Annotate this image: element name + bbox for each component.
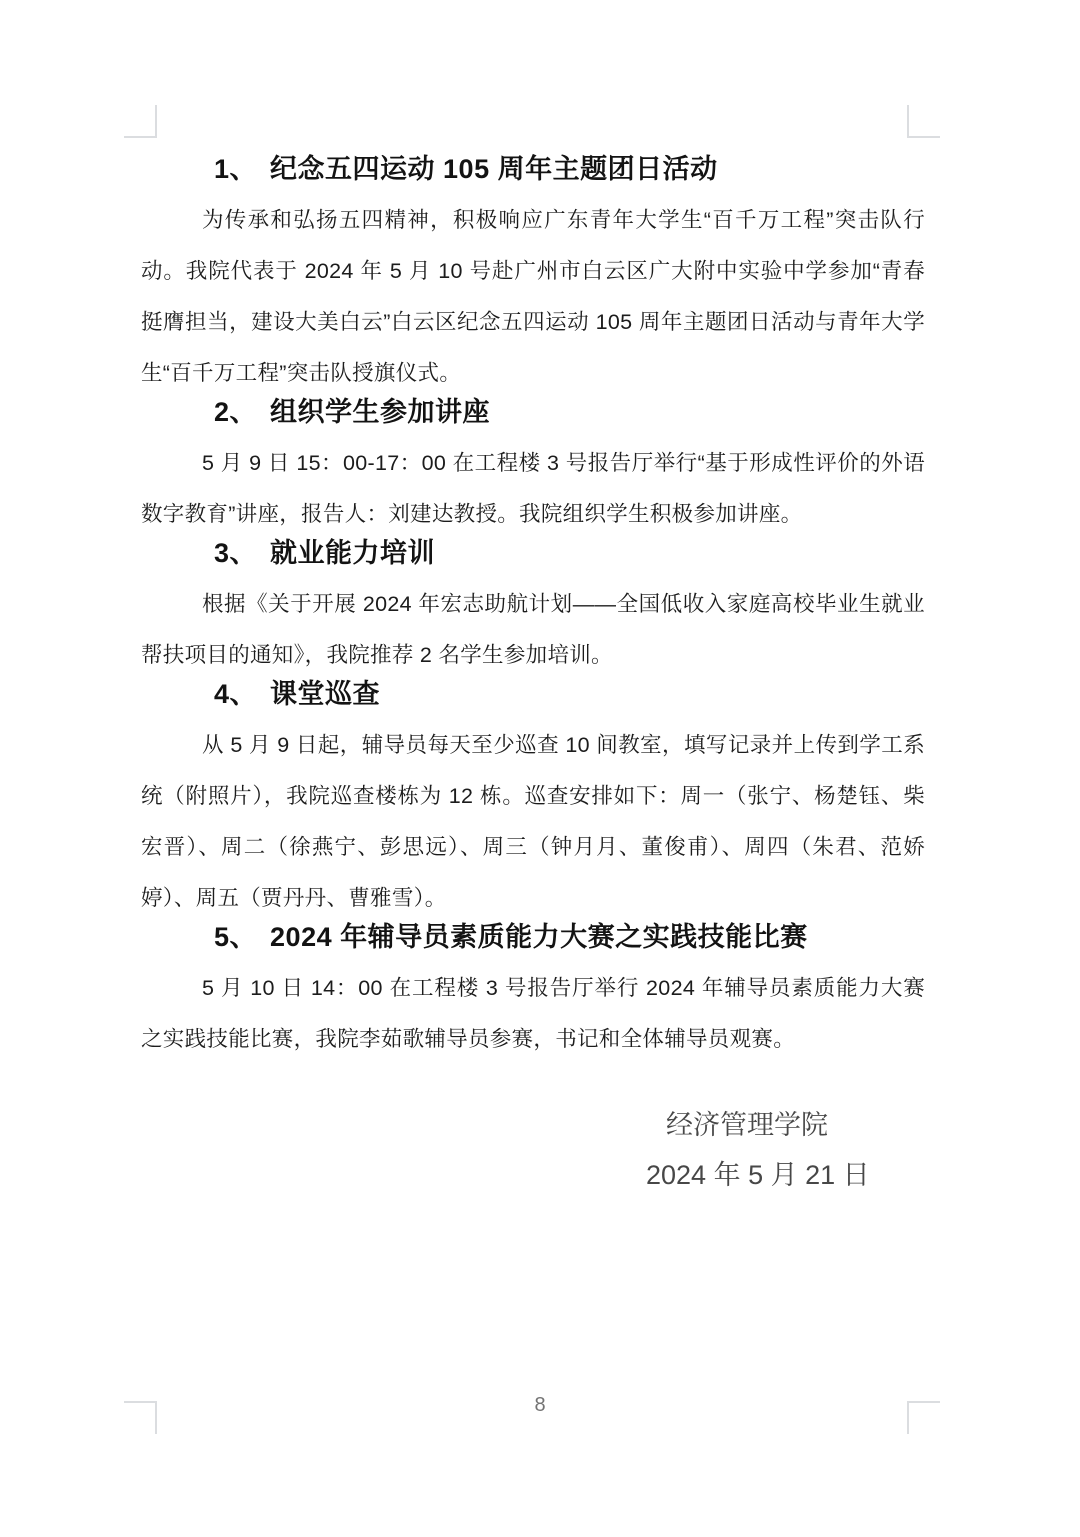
section-5-heading: 5、2024 年辅导员素质能力大赛之实践技能比赛 <box>141 912 925 963</box>
heading-number: 3、 <box>214 538 257 568</box>
heading-number: 1、 <box>214 154 257 184</box>
section-2-heading: 2、组织学生参加讲座 <box>141 387 925 438</box>
heading-text: 组织学生参加讲座 <box>270 397 490 427</box>
section-5-paragraph: 5 月 10 日 14：00 在工程楼 3 号报告厅举行 2024 年辅导员素质… <box>141 963 925 1065</box>
section-2-paragraph: 5 月 9 日 15：00-17：00 在工程楼 3 号报告厅举行“基于形成性评… <box>141 438 925 540</box>
crop-mark-top-left <box>124 105 157 138</box>
heading-number: 5、 <box>214 922 257 952</box>
signature-org: 经济管理学院 <box>646 1100 848 1150</box>
section-1-heading: 1、纪念五四运动 105 周年主题团日活动 <box>141 144 925 195</box>
heading-text: 课堂巡查 <box>270 679 380 709</box>
document-content: 1、纪念五四运动 105 周年主题团日活动 为传承和弘扬五四精神，积极响应广东青… <box>141 156 925 1200</box>
page-number: 8 <box>0 1394 1080 1417</box>
section-1-paragraph: 为传承和弘扬五四精神，积极响应广东青年大学生“百千万工程”突击队行动。我院代表于… <box>141 195 925 399</box>
section-4-paragraph: 从 5 月 9 日起，辅导员每天至少巡查 10 间教室，填写记录并上传到学工系统… <box>141 720 925 924</box>
heading-number: 2、 <box>214 397 257 427</box>
heading-text: 2024 年辅导员素质能力大赛之实践技能比赛 <box>270 922 808 952</box>
signature-date: 2024 年 5 月 21 日 <box>646 1150 848 1200</box>
section-3-paragraph: 根据《关于开展 2024 年宏志助航计划——全国低收入家庭高校毕业生就业帮扶项目… <box>141 579 925 681</box>
heading-text: 纪念五四运动 105 周年主题团日活动 <box>270 154 718 184</box>
heading-text: 就业能力培训 <box>270 538 435 568</box>
signature-block: 经济管理学院 2024 年 5 月 21 日 <box>646 1100 848 1200</box>
crop-mark-top-right <box>907 105 940 138</box>
heading-number: 4、 <box>214 679 257 709</box>
document-page: 1、纪念五四运动 105 周年主题团日活动 为传承和弘扬五四精神，积极响应广东青… <box>0 0 1080 1537</box>
